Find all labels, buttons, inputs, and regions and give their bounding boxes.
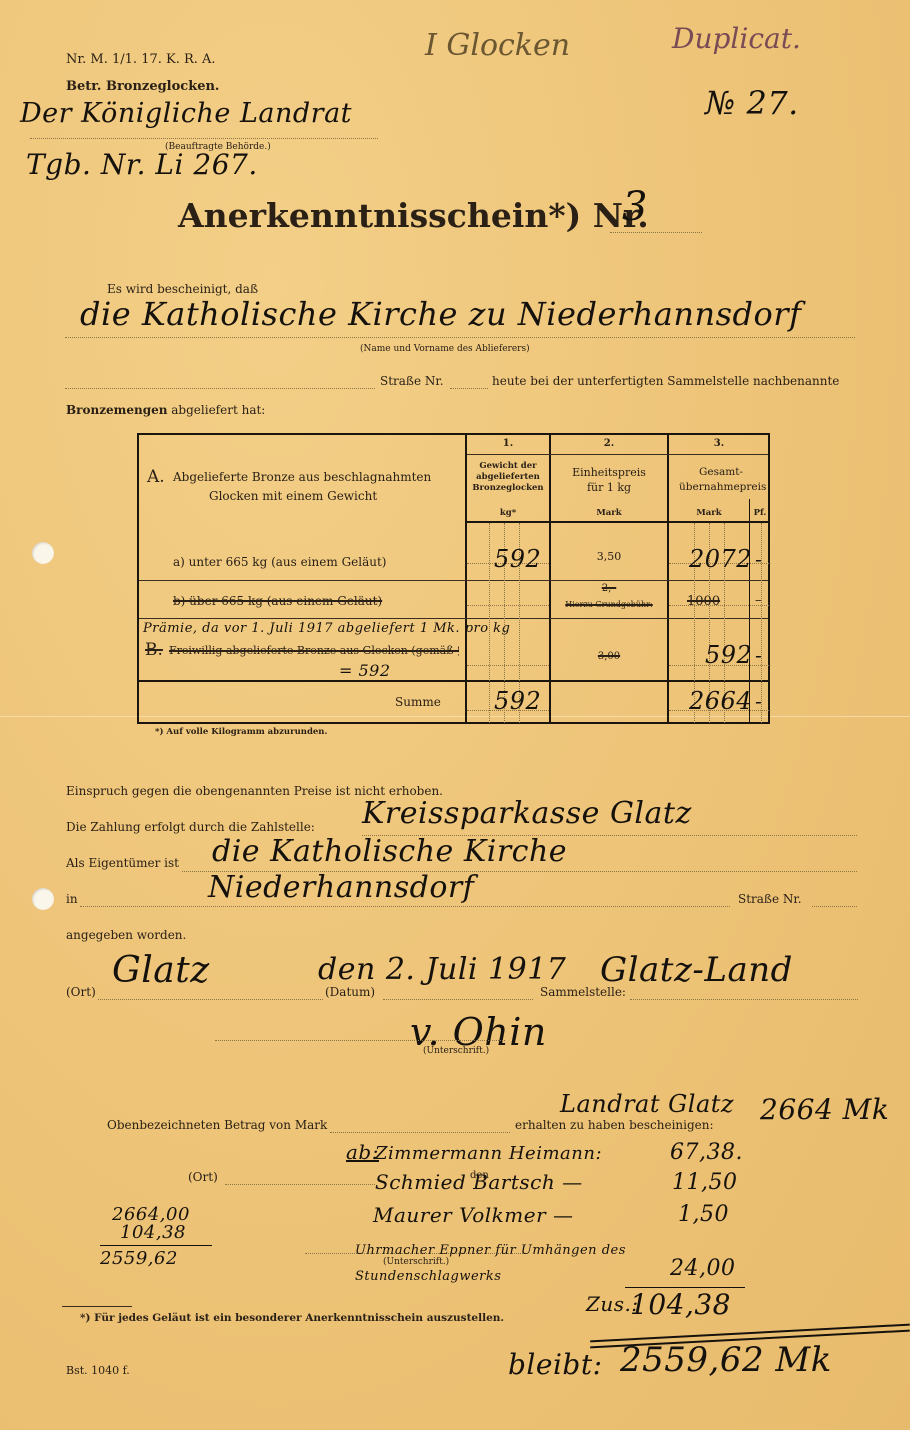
deduction-3-name: Maurer Volkmer —	[373, 1203, 573, 1227]
remaining-label: bleibt:	[508, 1348, 603, 1381]
footer-rule	[62, 1306, 132, 1307]
row-b2-total-mark: 592	[705, 641, 752, 669]
col1-header: Gewicht der abgelieferten Bronzeglocken	[469, 461, 547, 494]
row-b2-letter: B.	[145, 640, 163, 660]
col3-number: 3.	[669, 438, 769, 450]
owner-value: die Katholische Kirche	[212, 834, 567, 869]
receipt-place-label: (Ort)	[188, 1170, 218, 1184]
owner-label: Als Eigentümer ist	[66, 856, 179, 870]
pencil-note: I Glocken	[425, 28, 570, 63]
place-label: (Ort)	[66, 985, 96, 999]
col3-unit-mark: Mark	[669, 507, 749, 519]
row-b2-handwritten-note: Prämie, da vor 1. Juli 1917 abgeliefert …	[143, 621, 510, 636]
col2-number: 2.	[551, 438, 667, 450]
date-line	[383, 999, 533, 1000]
authority-line	[30, 138, 378, 139]
deduction-3-amount: 1,50	[678, 1202, 729, 1227]
deductions-total: 104,38	[630, 1288, 731, 1321]
deduction-2-amount: 11,50	[672, 1170, 737, 1195]
payment-value: Kreissparkasse Glatz	[362, 796, 692, 831]
in-value: Niederhannsdorf	[208, 870, 474, 905]
row-b-total-pf: –	[755, 593, 762, 608]
row-a-weight: 592	[494, 545, 541, 573]
col2-header: Einheitspreis für 1 kg	[569, 465, 649, 495]
title-number-line	[610, 232, 702, 233]
form-number: Nr. M. 1/1. 17. K. R. A.	[66, 52, 216, 67]
sum-total-pf: -	[755, 689, 762, 713]
row-b2-total-pf: -	[755, 643, 762, 667]
journal-number: Tgb. Nr. Li 267.	[26, 148, 258, 181]
receipt-place-line	[225, 1184, 375, 1185]
owner-street-label: Straße Nr.	[738, 892, 802, 906]
stated-label: angegeben worden.	[66, 928, 186, 942]
deliverer-caption: (Name und Vorname des Ablieferers)	[360, 344, 530, 354]
subject-line: Betr. Bronzeglocken.	[66, 79, 219, 94]
section-a-text-1: Abgelieferte Bronze aus beschlagnahmten	[173, 470, 431, 484]
continuation-text: heute bei der unterfertigten Sammelstell…	[492, 374, 839, 388]
col2-unit: Mark	[551, 507, 667, 519]
col1-number: 1.	[467, 438, 549, 450]
in-line	[80, 906, 730, 907]
row-a-label: a) unter 665 kg (aus einem Geläut)	[173, 555, 386, 569]
receipt-amount-label: Obenbezeichneten Betrag von Mark	[107, 1118, 327, 1132]
duplicate-note: Duplicat.	[672, 22, 801, 55]
form-code: Bst. 1040 f.	[66, 1364, 130, 1377]
copy-number: № 27.	[705, 84, 799, 122]
collection-value: Glatz-Land	[600, 950, 793, 990]
bronze-line-bold: Bronzemengen	[66, 403, 167, 417]
in-label: in	[66, 892, 78, 906]
bronze-line-rest: abgeliefert hat:	[171, 403, 265, 417]
place-value: Glatz	[112, 950, 210, 991]
deliverer-line	[65, 337, 855, 338]
punch-hole-top	[32, 542, 54, 564]
row-b2-result: = 592	[339, 661, 391, 680]
col3-unit-pf: Pf.	[750, 507, 770, 519]
receipt-received-label: erhalten zu haben bescheinigen:	[515, 1118, 714, 1132]
section-a-text-2: Glocken mit einem Gewicht	[209, 489, 377, 503]
row-b2-label: Freiwillig abgelieferte Bronze aus Glock…	[169, 644, 459, 657]
street-label: Straße Nr.	[380, 374, 444, 388]
sum-weight: 592	[494, 687, 541, 715]
remaining-amount: 2559,62 Mk	[620, 1340, 832, 1380]
owner-street-line	[812, 906, 857, 907]
deduction-1-name: Zimmermann Heimann:	[375, 1143, 602, 1164]
authority-handwritten: Der Königliche Landrat	[20, 98, 352, 129]
sum-label: Summe	[395, 695, 441, 709]
footer-footnote: *) Für jedes Geläut ist ein besonderer A…	[80, 1312, 504, 1324]
margin-calc-2: 104,38	[120, 1222, 186, 1243]
street-line	[65, 388, 375, 389]
receipt-amount-line	[330, 1132, 510, 1133]
margin-calc-3: 2559,62	[100, 1248, 178, 1269]
col1-unit: kg*	[467, 507, 549, 519]
signature-line	[215, 1040, 505, 1041]
receipt-received-amount: 2664 Mk	[760, 1093, 889, 1126]
row-b-label: b) über 665 kg (aus einem Geläut)	[173, 594, 382, 608]
row-b-unit-price: 2,–	[551, 583, 667, 595]
signature-label: (Unterschrift.)	[423, 1046, 489, 1056]
place-line	[98, 999, 323, 1000]
row-a-total-mark: 2072	[689, 545, 752, 573]
row-a-total-pf: -	[755, 547, 762, 571]
section-a-letter: A.	[147, 467, 165, 487]
punch-hole-bottom	[32, 888, 54, 910]
col3-header: Gesamt-übernahmepreis	[679, 465, 763, 495]
bronze-line: Bronzemengen abgeliefert hat:	[66, 403, 265, 417]
page-title: Anerkenntnisschein*) Nr.	[178, 196, 649, 235]
deduction-1-amount: 67,38.	[670, 1140, 743, 1165]
bronze-table: 1. 2. 3. A. Abgelieferte Bronze aus besc…	[137, 433, 770, 724]
receipt-received-handwritten: Landrat Glatz	[560, 1090, 734, 1118]
deduction-2-name: Schmied Bartsch —	[375, 1170, 583, 1194]
street-number-line	[450, 388, 488, 389]
payment-label: Die Zahlung erfolgt durch die Zahlstelle…	[66, 820, 315, 834]
deliverer-name: die Katholische Kirche zu Niederhannsdor…	[80, 295, 801, 333]
deduction-4-amount: 24,00	[670, 1256, 735, 1281]
row-a-unit-price: 3,50	[551, 551, 667, 563]
certification-intro: Es wird bescheinigt, daß	[107, 282, 258, 296]
date-label: (Datum)	[325, 985, 375, 999]
collection-line	[630, 999, 858, 1000]
sum-total-mark: 2664	[689, 687, 752, 715]
table-footnote: *) Auf volle Kilogramm abzurunden.	[155, 727, 327, 737]
date-value: den 2. Juli 1917	[318, 952, 566, 987]
title-number: 3	[622, 184, 648, 230]
row-b-extra-fee: Hierzu Grundgebühr:	[551, 599, 667, 611]
row-b-total-mark: 1000	[687, 594, 720, 609]
row-b2-unit-price: 3,00	[551, 651, 667, 663]
margin-calc-rule	[100, 1245, 212, 1246]
